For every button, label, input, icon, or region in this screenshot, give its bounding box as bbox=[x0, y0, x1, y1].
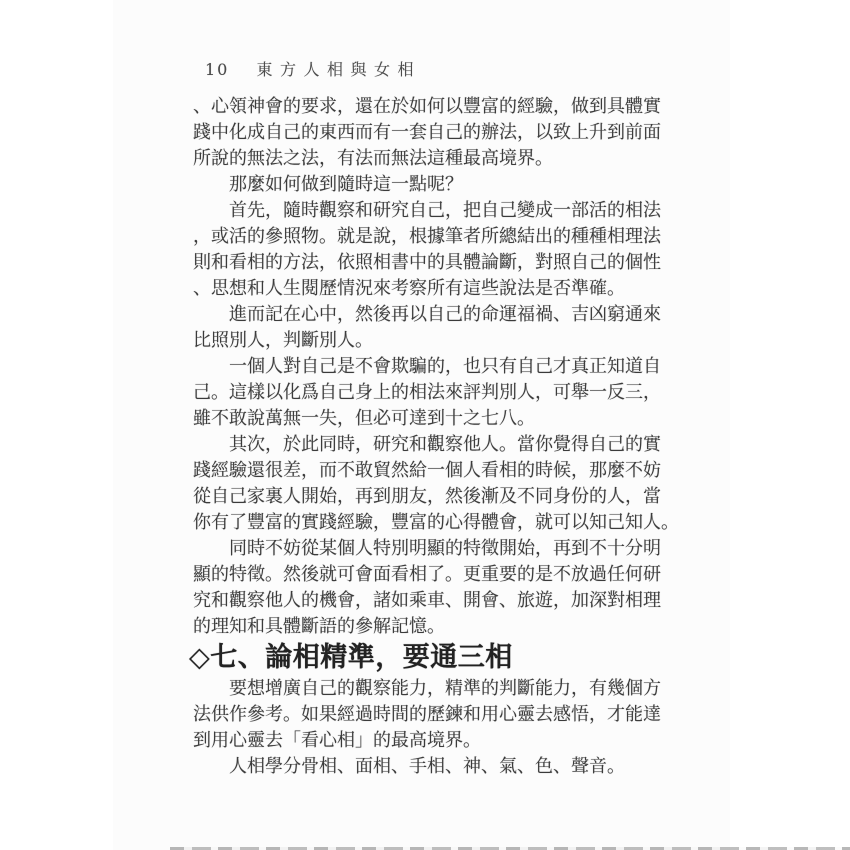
text-line: 首先，隨時觀察和研究自己，把自己變成一部活的相法 bbox=[193, 198, 669, 224]
text-line: 進而記在心中，然後再以自己的命運福禍、吉凶窮通來 bbox=[193, 302, 669, 328]
scanned-book-page: { "document": { "header": { "page_number… bbox=[0, 0, 850, 850]
text-line: 那麼如何做到隨時這一點呢？ bbox=[193, 172, 669, 198]
text-line: 的理知和具體斷語的參解記憶。 bbox=[193, 614, 669, 640]
text-line: 己。這樣以化爲自己身上的相法來評判別人，可舉一反三， bbox=[193, 380, 669, 406]
text-line: 踐經驗還很差，而不敢貿然給一個人看相的時候，那麼不妨 bbox=[193, 458, 669, 484]
text-line: 所說的無法之法，有法而無法這種最高境界。 bbox=[193, 146, 669, 172]
text-line: 同時不妨從某個人特別明顯的特徵開始，再到不十分明 bbox=[193, 536, 669, 562]
section-heading: ◇七、論相精準，要通三相 bbox=[189, 640, 669, 676]
text-line: 、思想和人生閱歷情況來考察所有這些說法是否準確。 bbox=[193, 276, 669, 302]
text-line: 要想增廣自己的觀察能力，精準的判斷能力，有幾個方 bbox=[193, 676, 669, 702]
text-line: 人相學分骨相、面相、手相、神、氣、色、聲音。 bbox=[193, 754, 669, 780]
text-line: 法供作參考。如果經過時間的歷鍊和用心靈去感悟，才能達 bbox=[193, 702, 669, 728]
text-line: 則和看相的方法，依照相書中的具體論斷，對照自己的個性 bbox=[193, 250, 669, 276]
section-paragraph-lines: 要想增廣自己的觀察能力，精準的判斷能力，有幾個方法供作參考。如果經過時間的歷鍊和… bbox=[193, 676, 669, 780]
text-line: 雖不敢說萬無一失，但必可達到十之七八。 bbox=[193, 406, 669, 432]
running-header: 10 東方人相與女相 bbox=[205, 57, 421, 80]
text-line: 一個人對自己是不會欺騙的，也只有自己才真正知道自 bbox=[193, 354, 669, 380]
book-title: 東方人相與女相 bbox=[256, 60, 421, 79]
body-paragraph-lines: 、心領神會的要求，還在於如何以豐富的經驗，做到具體實踐中化成自己的東西而有一套自… bbox=[193, 94, 669, 640]
text-line: 比照別人，判斷別人。 bbox=[193, 328, 669, 354]
text-line: 從自己家裏人開始，再到朋友，然後漸及不同身份的人，當 bbox=[193, 484, 669, 510]
text-line: 你有了豐富的實踐經驗，豐富的心得體會，就可以知己知人。 bbox=[193, 510, 669, 536]
text-line: 顯的特徵。然後就可會面看相了。更重要的是不放過任何研 bbox=[193, 562, 669, 588]
text-line: 踐中化成自己的東西而有一套自己的辦法，以致上升到前面 bbox=[193, 120, 669, 146]
main-text-block: 、心領神會的要求，還在於如何以豐富的經驗，做到具體實踐中化成自己的東西而有一套自… bbox=[193, 94, 669, 780]
text-line: ，或活的參照物。就是說，根據筆者所總結出的種種相理法 bbox=[193, 224, 669, 250]
text-line: 究和觀察他人的機會，諸如乘車、開會、旅遊，加深對相理 bbox=[193, 588, 669, 614]
text-line: 其次，於此同時，研究和觀察他人。當你覺得自己的實 bbox=[193, 432, 669, 458]
page-number: 10 bbox=[205, 60, 229, 79]
text-line: 、心領神會的要求，還在於如何以豐富的經驗，做到具體實 bbox=[193, 94, 669, 120]
text-line: 到用心靈去「看心相」的最高境界。 bbox=[193, 728, 669, 754]
